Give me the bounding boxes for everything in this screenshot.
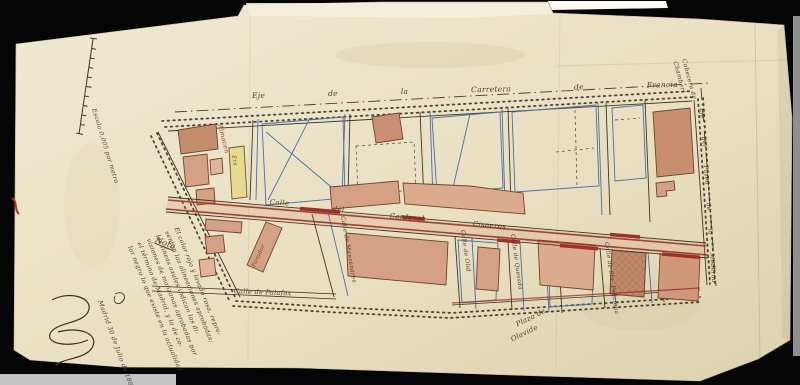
right-axis-word: del bbox=[700, 137, 707, 148]
scanned-map-document: Eje de la Carretera de Francia Eje del P… bbox=[0, 0, 800, 385]
right-axis-word: Eje bbox=[698, 108, 705, 119]
paper-sheet bbox=[14, 1, 792, 381]
top-axis-word: de bbox=[574, 83, 584, 91]
right-axis-word: de bbox=[705, 203, 712, 211]
top-axis-word: Eje bbox=[252, 92, 265, 100]
right-axis-word: Paseo bbox=[702, 165, 709, 184]
right-axis-word: la bbox=[706, 229, 712, 236]
map-drawing bbox=[0, 0, 800, 385]
top-axis-word: la bbox=[401, 88, 409, 96]
right-axis-word: Moderna bbox=[708, 253, 716, 283]
era-label: Era bbox=[230, 155, 237, 167]
main-street-label-del: del bbox=[332, 206, 344, 214]
top-axis-word: de bbox=[328, 90, 338, 98]
top-axis-word: Carretera bbox=[471, 85, 511, 94]
top-axis-word: Francia bbox=[647, 81, 678, 89]
